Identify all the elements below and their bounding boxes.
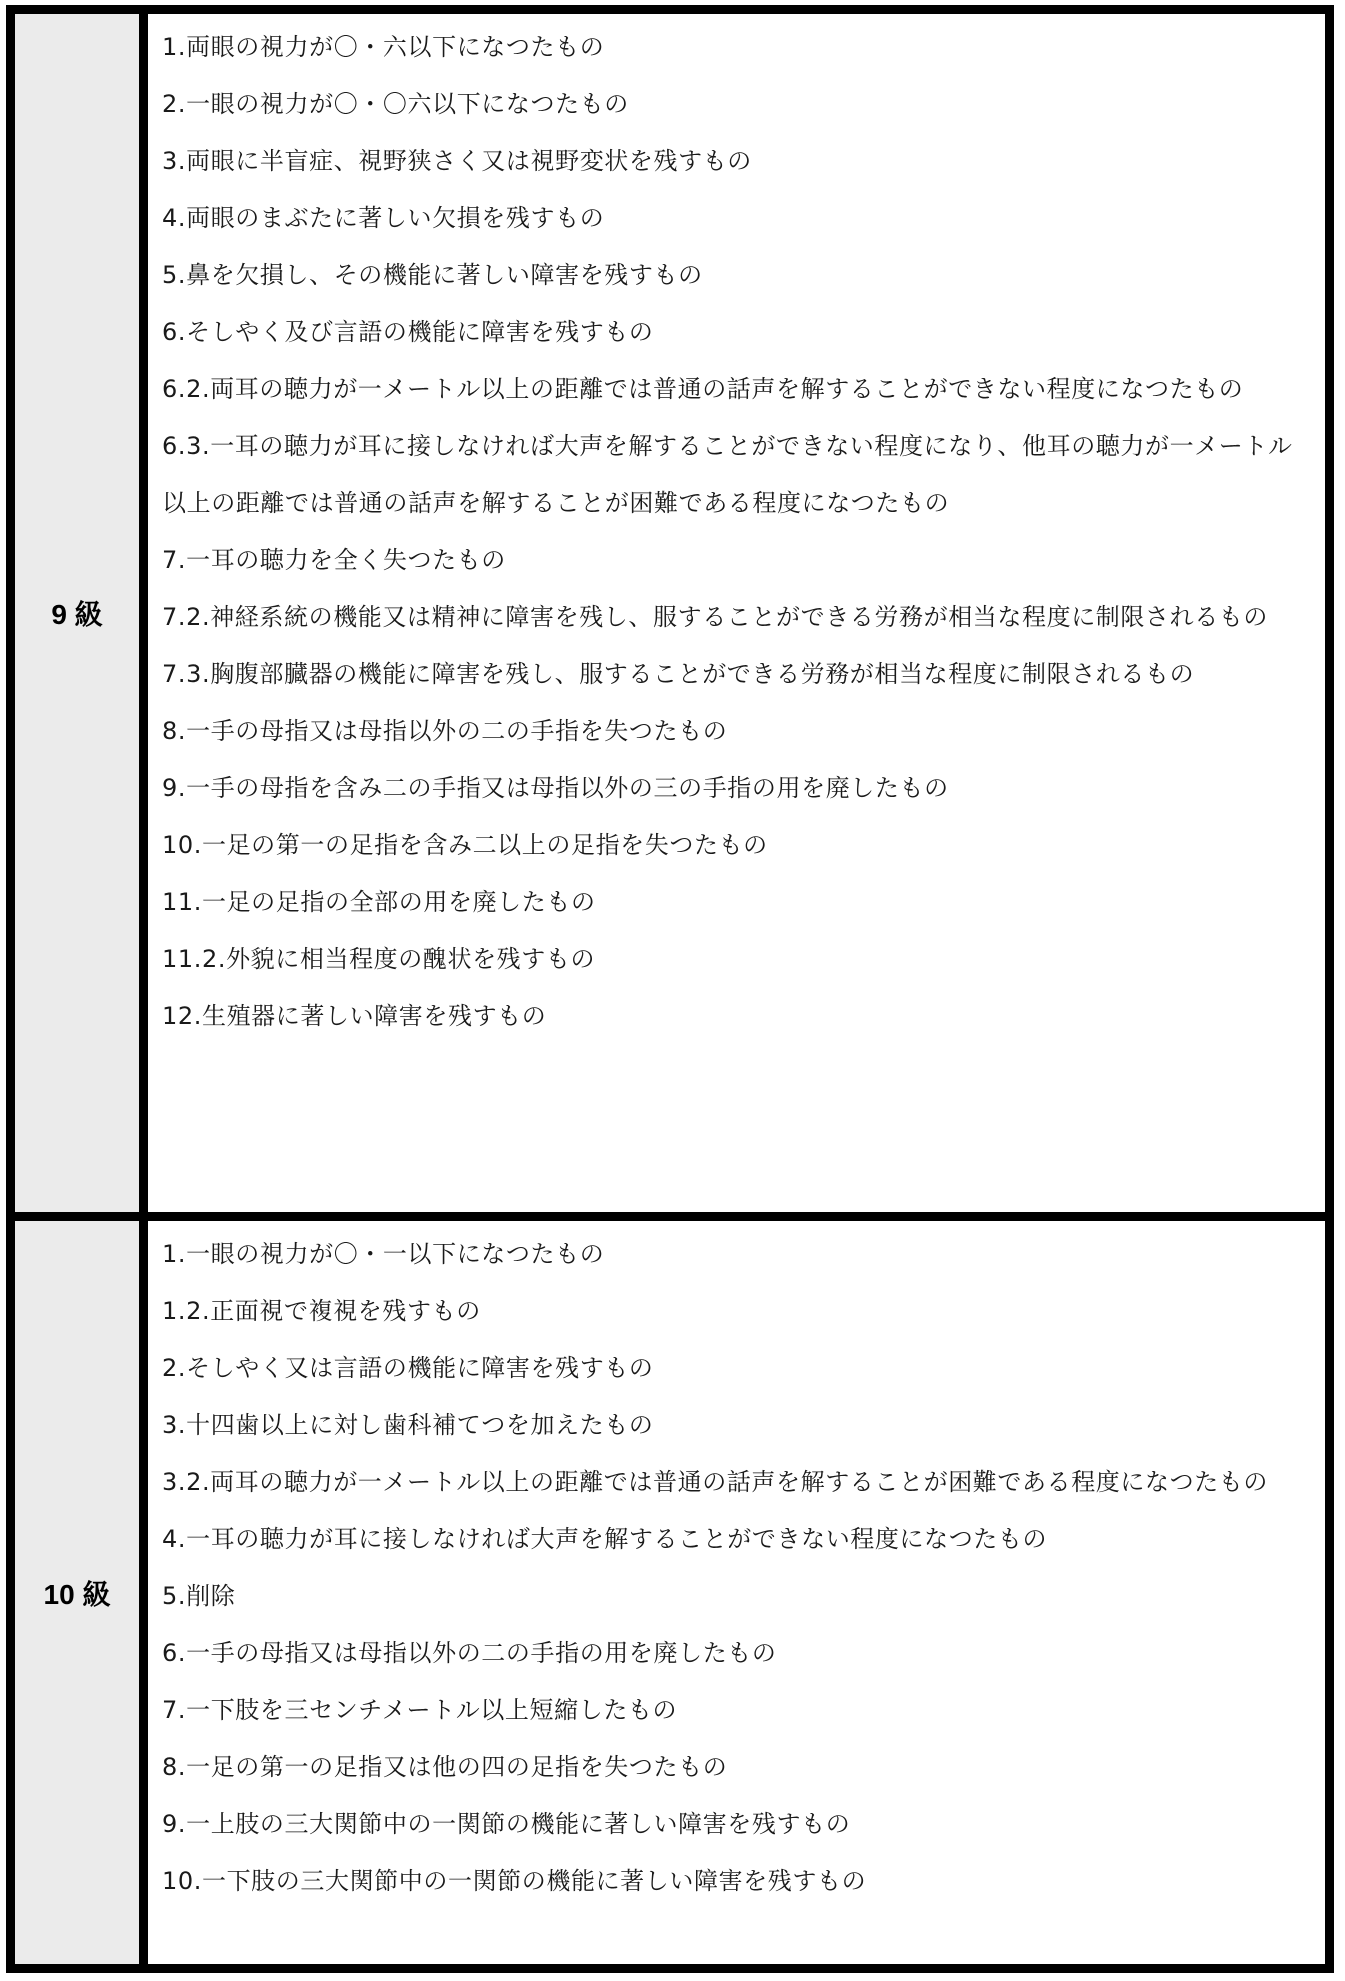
list-item: 7.一耳の聴力を全く失つたもの [162,532,1315,589]
grade-label: 10 級 [44,1573,111,1613]
list-item: 3.十四歯以上に対し歯科補てつを加えたもの [162,1397,1315,1454]
list-item: 7.2.神経系統の機能又は精神に障害を残し、服することができる労務が相当な程度に… [162,589,1315,646]
list-item: 8.一手の母指又は母指以外の二の手指を失つたもの [162,703,1315,760]
list-item: 2.そしやく又は言語の機能に障害を残すもの [162,1340,1315,1397]
list-item: 12.生殖器に著しい障害を残すもの [162,988,1315,1045]
list-item: 2.一眼の視力が〇・〇六以下になつたもの [162,76,1315,133]
list-item: 7.3.胸腹部臓器の機能に障害を残し、服することができる労務が相当な程度に制限さ… [162,646,1315,703]
items-cell: 1.一眼の視力が〇・一以下になつたもの 1.2.正面視で複視を残すもの 2.そし… [148,1221,1325,1964]
grade-cell: 10 級 [15,1221,139,1964]
list-item: 9.一上肢の三大関節中の一関節の機能に著しい障害を残すもの [162,1796,1315,1853]
list-item: 1.両眼の視力が〇・六以下になつたもの [162,19,1315,76]
list-item: 8.一足の第一の足指又は他の四の足指を失つたもの [162,1739,1315,1796]
list-item: 10.一足の第一の足指を含み二以上の足指を失つたもの [162,817,1315,874]
table-row-grade-10: 10 級 1.一眼の視力が〇・一以下になつたもの 1.2.正面視で複視を残すもの… [15,1221,1325,1964]
list-item: 6.2.両耳の聴力が一メートル以上の距離では普通の話声を解することができない程度… [162,361,1315,418]
list-item: 3.2.両耳の聴力が一メートル以上の距離では普通の話声を解することが困難である程… [162,1454,1315,1511]
list-item: 4.一耳の聴力が耳に接しなければ大声を解することができない程度になつたもの [162,1511,1315,1568]
list-item: 7.一下肢を三センチメートル以上短縮したもの [162,1682,1315,1739]
list-item: 9.一手の母指を含み二の手指又は母指以外の三の手指の用を廃したもの [162,760,1315,817]
list-item: 6.そしやく及び言語の機能に障害を残すもの [162,304,1315,361]
disability-grade-table: 9 級 1.両眼の視力が〇・六以下になつたもの 2.一眼の視力が〇・〇六以下にな… [6,5,1334,1973]
list-item: 11.一足の足指の全部の用を廃したもの [162,874,1315,931]
list-item: 6.一手の母指又は母指以外の二の手指の用を廃したもの [162,1625,1315,1682]
list-item: 11.2.外貌に相当程度の醜状を残すもの [162,931,1315,988]
grade-label: 9 級 [51,593,102,633]
list-item: 5.鼻を欠損し、その機能に著しい障害を残すもの [162,247,1315,304]
table-row-grade-9: 9 級 1.両眼の視力が〇・六以下になつたもの 2.一眼の視力が〇・〇六以下にな… [15,14,1325,1212]
list-item: 1.2.正面視で複視を残すもの [162,1283,1315,1340]
list-item: 10.一下肢の三大関節中の一関節の機能に著しい障害を残すもの [162,1853,1315,1910]
list-item: 6.3.一耳の聴力が耳に接しなければ大声を解することができない程度になり、他耳の… [162,418,1315,532]
list-item: 1.一眼の視力が〇・一以下になつたもの [162,1226,1315,1283]
list-item: 3.両眼に半盲症、視野狭さく又は視野変状を残すもの [162,133,1315,190]
list-item: 4.両眼のまぶたに著しい欠損を残すもの [162,190,1315,247]
items-cell: 1.両眼の視力が〇・六以下になつたもの 2.一眼の視力が〇・〇六以下になつたもの… [148,14,1325,1212]
list-item: 5.削除 [162,1568,1315,1625]
grade-cell: 9 級 [15,14,139,1212]
